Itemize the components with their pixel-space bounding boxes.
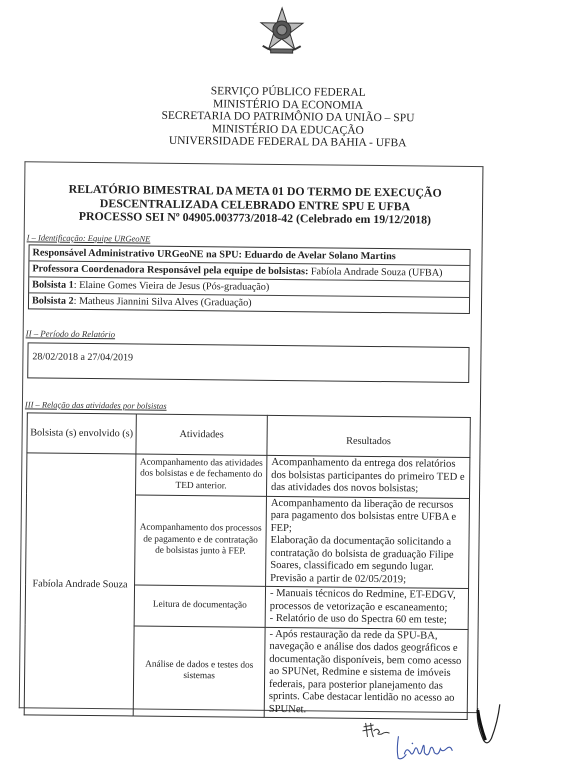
- resultado-cell: Acompanhamento da entrega dos relatórios…: [266, 455, 469, 498]
- resultado-item: Acompanhamento da entrega dos relatórios…: [271, 457, 465, 497]
- bolsista1-value: : Elaine Gomes Vieira de Jesus (Pós-grad…: [74, 280, 270, 293]
- section-period-label: II – Período do Relatório: [26, 328, 116, 339]
- coordenadora-value: Fabíola Andrade Souza (UFBA): [308, 266, 442, 278]
- atividade-cell: Análise de dados e testes dos sistemas: [133, 625, 265, 717]
- document-page: SERVIÇO PÚBLICO FEDERAL MINISTÉRIO DA EC…: [0, 0, 567, 784]
- table-row: Fabíola Andrade Souza Acompanhamento das…: [27, 453, 470, 498]
- bolsista1-label: Bolsista 1: [32, 279, 74, 290]
- atividade-cell: Acompanhamento das atividades dos bolsis…: [136, 454, 267, 496]
- pen-stroke-icon: [473, 702, 504, 752]
- atividade-cell: Acompanhamento dos processos de pagament…: [135, 494, 267, 586]
- institution-header: SERVIÇO PÚBLICO FEDERAL MINISTÉRIO DA EC…: [143, 85, 434, 151]
- report-title: RELATÓRIO BIMESTRAL DA META 01 DO TERMO …: [55, 183, 455, 228]
- header-bolsista: Bolsista (s) envolvido (s): [27, 413, 136, 454]
- resultado-cell: Acompanhamento da liberação de recursos …: [266, 496, 470, 589]
- resultado-item: Elaboração da documentação solicitando a…: [270, 535, 465, 587]
- section-activities-label: III – Relação das atividades por bolsist…: [25, 399, 167, 410]
- period-value: 28/02/2018 a 27/04/2019: [32, 351, 133, 363]
- header-line: UNIVERSIDADE FEDERAL DA BAHIA - UFBA: [143, 135, 433, 151]
- identification-box: Responsável Administrativo URGeoNE na SP…: [28, 244, 471, 314]
- resultado-item: - Relatório de uso do Spectra 60 em test…: [270, 613, 464, 628]
- header-atividades: Atividades: [136, 414, 267, 455]
- report-frame: RELATÓRIO BIMESTRAL DA META 01 DO TERMO …: [19, 161, 484, 713]
- handwritten-signature-icon: [394, 734, 456, 763]
- table-header-row: Bolsista (s) envolvido (s) Atividades Re…: [27, 413, 470, 458]
- section-identification-label: I – Identificação: Equipe URGeoNE: [27, 232, 151, 243]
- resultado-cell: - Manuais técnicos do Redmine, ET-EDGV, …: [265, 586, 468, 629]
- header-resultados: Resultados: [267, 415, 470, 457]
- resultado-item: - Manuais técnicos do Redmine, ET-EDGV, …: [270, 588, 464, 615]
- atividade-cell: Leitura de documentação: [134, 585, 265, 627]
- resultado-item: Acompanhamento da liberação de recursos …: [271, 497, 465, 537]
- brazil-coat-of-arms-icon: [257, 6, 308, 57]
- resultado-cell: - Após restauração da rede da SPU-BA, na…: [264, 627, 468, 720]
- handwritten-initials-icon: [361, 719, 391, 741]
- bolsista2-value: : Matheus Jiannini Silva Alves (Graduaçã…: [74, 296, 252, 309]
- title-line: PROCESSO SEI Nº 04905.003773/2018-42 (Ce…: [55, 210, 455, 228]
- resultado-item: - Após restauração da rede da SPU-BA, na…: [269, 628, 464, 718]
- activities-table: Bolsista (s) envolvido (s) Atividades Re…: [24, 412, 471, 720]
- bolsista2-row: Bolsista 2: Matheus Jiannini Silva Alves…: [29, 293, 469, 313]
- bolsista2-label: Bolsista 2: [32, 295, 74, 306]
- coordenadora-label: Professora Coordenadora Responsável pela…: [32, 263, 308, 277]
- bolsista-cell: Fabíola Andrade Souza: [24, 453, 136, 716]
- period-box: 28/02/2018 a 27/04/2019: [27, 342, 469, 383]
